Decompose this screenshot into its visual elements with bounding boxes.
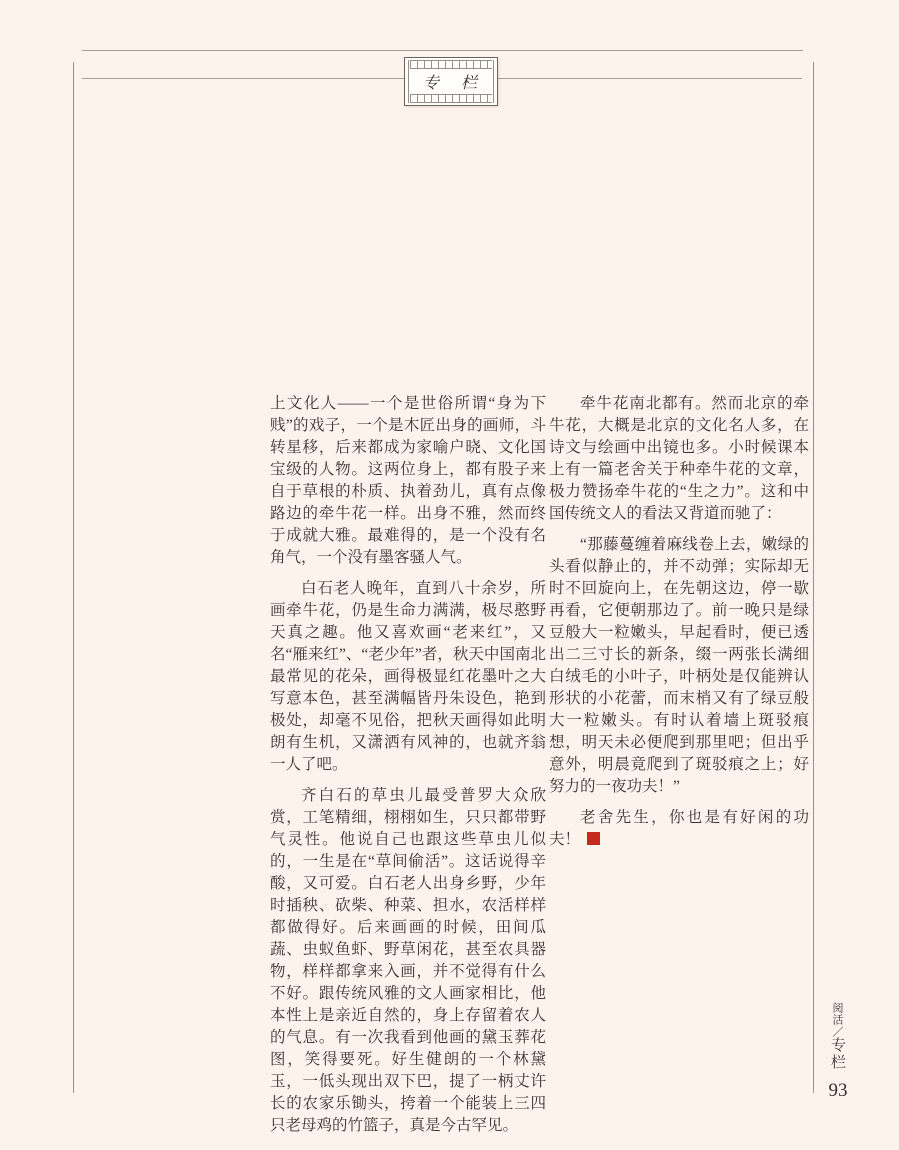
article-column-left: 上文化人——一个是世俗所谓“身为下贱”的戏子，一个是木匠出身的画师，斗转星移，后… [270, 393, 546, 1146]
paragraph: 齐白石的草虫儿最受普罗大众欣赏，工笔精细，栩栩如生，只只都带野气灵性。他说自己也… [270, 785, 546, 1137]
section-name-small: 阅活 [831, 1002, 843, 1026]
paragraph-quote: “那藤蔓缠着麻线卷上去，嫩绿的头看似静止的，并不动弹；实际却无时不回旋向上，在先… [549, 534, 809, 798]
column-header-label: 专 栏 [405, 69, 497, 94]
column-header-box: 专 栏 [404, 57, 498, 106]
article-end-mark [587, 832, 600, 845]
column-name-vertical: 专栏 [829, 1037, 845, 1071]
section-footer-label: 阅活／专栏 [826, 1002, 848, 1071]
top-frame-rule [82, 50, 803, 51]
article-column-right: 牵牛花南北都有。然而北京的牵牛花，大概是北京的文化名人多，在诗文与绘画中出镜也多… [549, 393, 809, 860]
header-box-left-line [408, 60, 409, 103]
closing-paragraph: 老舍先生，你也是有好闲的功夫！ [549, 807, 809, 851]
right-frame-rule [813, 62, 814, 1093]
paragraph-continuation: 上文化人——一个是世俗所谓“身为下贱”的戏子，一个是木匠出身的画师，斗转星移，后… [270, 393, 546, 569]
perforation-strip-bottom [410, 94, 492, 103]
section-separator: ／ [831, 1026, 843, 1037]
paragraph: 白石老人晚年，直到八十余岁，所画牵牛花，仍是生命力满满，极尽憨野天真之趣。他又喜… [270, 578, 546, 776]
left-frame-rule [73, 62, 74, 1093]
paragraph: 牵牛花南北都有。然而北京的牵牛花，大概是北京的文化名人多，在诗文与绘画中出镜也多… [549, 393, 809, 525]
magazine-page: 专 栏 上文化人——一个是世俗所谓“身为下贱”的戏子，一个是木匠出身的画师，斗转… [0, 0, 899, 1150]
page-number: 93 [822, 1080, 854, 1102]
perforation-strip-top [410, 60, 492, 69]
header-box-right-line [493, 60, 494, 103]
